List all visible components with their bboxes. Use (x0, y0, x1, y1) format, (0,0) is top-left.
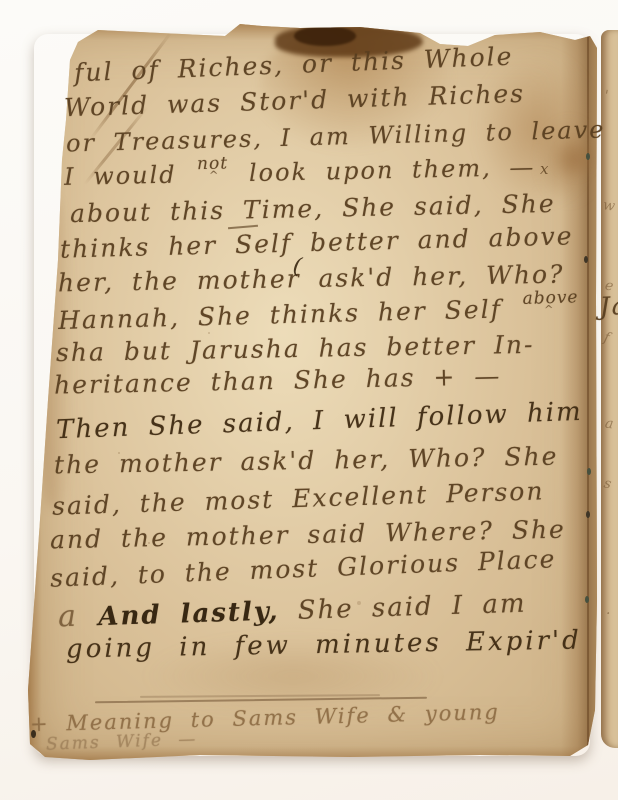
caret-mark: ^ (544, 303, 555, 316)
footnote-line-2: Sams Wife — (46, 729, 198, 754)
manuscript-line: said, the most Excellent Person (52, 476, 545, 520)
handwriting-layer: ful of Riches, or this Whole World was S… (0, 0, 618, 800)
manuscript-line: heritance than She has + — (54, 361, 502, 399)
inserted-word-above: above^ (522, 287, 578, 308)
line-text: or Treasures, I am Willing to leave (66, 115, 606, 157)
line-text: Jaru- (599, 290, 618, 321)
manuscript-line: about this Time, She said, She (70, 189, 556, 228)
footnote-text: Meaning to Sams Wife & young (66, 700, 500, 735)
emphasized-words: And lastly, (98, 596, 280, 632)
manuscript-line: Hannah, She thinks her Self above^ Jaru- (58, 290, 618, 335)
line-text: She said I am (297, 589, 527, 626)
margin-reference-mark: x (540, 160, 548, 178)
manuscript-line: I would not^ look upon them, — (64, 153, 536, 191)
line-text: I would (64, 161, 177, 191)
manuscript-line: the mother ask'd her, Who? She (54, 442, 559, 480)
line-text: Hannah, She thinks her Self (58, 294, 503, 335)
footnote-mark: + (30, 712, 50, 737)
manuscript-line: Then She said, I will follow him (56, 397, 584, 445)
manuscript-line: thinks her Self better and above (60, 221, 574, 263)
inserted-word-not: not^ (197, 153, 228, 174)
footnote-line: + Meaning to Sams Wife & young (30, 700, 500, 736)
manuscript-line: World was Stor'd with Riches (64, 79, 526, 122)
pen-flourish: a (58, 599, 79, 635)
manuscript-line: her, the mother ask'd her, Who? (58, 260, 565, 298)
scribal-dash (228, 225, 258, 230)
caret-mark: ^ (209, 169, 219, 182)
line-text: look upon them, — (249, 153, 536, 187)
scanned-document: ' w e f a s . ful of Riches, or this Who… (0, 0, 618, 800)
manuscript-line: or Treasures, I am Willing to leave it (66, 114, 618, 157)
